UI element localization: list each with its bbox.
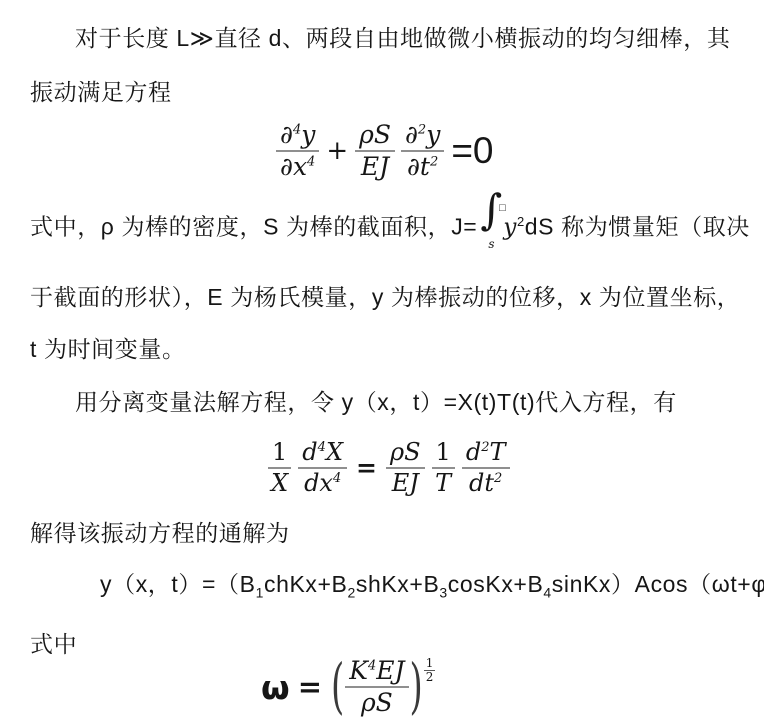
document-page: 对于长度 L≫直径 d、两段自由地做微小横振动的均匀细棒，其 振动满足方程 ∂4… — [0, 0, 764, 728]
B1-subscript: 1 — [256, 585, 264, 601]
fraction-K4EJ-rhoS: K4EJ ρS — [345, 657, 408, 717]
B2-subscript: 2 — [347, 585, 355, 601]
integral-sign: ∫□s — [477, 209, 503, 243]
left-parenthesis: ( — [331, 652, 344, 722]
fraction-d4y-dx4: ∂4y ∂x4 — [276, 121, 319, 181]
integrand-exponent: 2 — [517, 214, 525, 229]
solution-segment: shKx+B — [356, 571, 440, 597]
exponent-denominator: 2 — [426, 671, 434, 684]
fraction-denominator: ρS — [361, 688, 393, 717]
para3-line1: 用分离变量法解方程，令 y（x，t）=X(t)T(t)代入方程，有 — [75, 387, 677, 417]
integral-upper-bound: □ — [499, 193, 506, 223]
fraction-d2T-dt2: d2T dt2 — [462, 439, 510, 497]
para2-line1: 式中，ρ 为棒的密度，S 为棒的截面积，J=∫□sy2dS 称为惯量矩（取决 — [30, 207, 750, 243]
formula-omega: ω = ( K4EJ ρS ) 1 2 — [261, 657, 435, 717]
fraction-1-X: 1 X — [268, 439, 291, 497]
fraction-numerator: ∂4y — [276, 121, 319, 152]
B4-subscript: 4 — [543, 585, 551, 601]
integral-lower-bound: s — [488, 229, 495, 259]
para2-line1-pre: 式中，ρ 为棒的密度，S 为棒的截面积，J= — [30, 214, 477, 240]
fraction-rhoS-EJ: ρS EJ — [386, 439, 425, 497]
general-solution-line: y（x，t）=（B1chKx+B2shKx+B3cosKx+B4sinKx）Ac… — [100, 569, 764, 608]
omega-symbol: ω — [261, 668, 290, 707]
para1-line1: 对于长度 L≫直径 d、两段自由地做微小横振动的均匀细棒，其 — [75, 23, 730, 53]
fraction-d2y-dt2: ∂2y ∂t2 — [401, 121, 444, 181]
para2-line3: t 为时间变量。 — [30, 334, 186, 364]
B3-subscript: 3 — [439, 585, 447, 601]
para5-line1: 式中 — [30, 629, 77, 659]
fraction-numerator: K4EJ — [345, 657, 408, 688]
solution-segment: chKx+B — [264, 571, 348, 597]
solution-segment: cosKx+B — [448, 571, 544, 597]
equals-sign: = — [356, 453, 377, 482]
fraction-numerator: ∂2y — [401, 121, 444, 152]
fraction-numerator: ρS — [355, 121, 395, 152]
para2-line1-post: dS 称为惯量矩（取决 — [525, 214, 750, 240]
right-parenthesis: ) — [410, 652, 423, 722]
fraction-numerator: 1 — [268, 439, 291, 469]
fraction-numerator: 1 — [432, 439, 455, 469]
fraction-denominator: EJ — [392, 469, 419, 497]
para2-line2: 于截面的形状），E 为杨氏模量，y 为棒振动的位移，x 为位置坐标， — [30, 282, 740, 312]
formula-separated-variables: 1 X d4X dx4 = ρS EJ 1 T d2T dt2 — [268, 439, 510, 497]
fraction-denominator: ∂t2 — [407, 152, 438, 181]
fraction-denominator: dt2 — [469, 469, 502, 497]
para1-line2: 振动满足方程 — [30, 77, 172, 107]
equals-sign: = — [298, 670, 322, 704]
fraction-denominator: EJ — [361, 152, 389, 181]
exponent-numerator: 1 — [424, 657, 436, 671]
fraction-numerator: d2T — [462, 439, 510, 469]
exponent-one-half: 1 2 — [424, 657, 436, 683]
fraction-d4X-dx4: d4X dx4 — [298, 439, 347, 497]
para4-line1: 解得该振动方程的通解为 — [30, 518, 290, 548]
fraction-numerator: d4X — [298, 439, 347, 469]
fraction-denominator: T — [435, 469, 451, 497]
fraction-denominator: X — [271, 469, 288, 497]
fraction-numerator: ρS — [386, 439, 425, 469]
equals-zero: =0 — [451, 130, 493, 172]
fraction-denominator: ∂x4 — [280, 152, 315, 181]
solution-segment: sinKx）Acos（ωt+φ） — [552, 571, 764, 597]
fraction-1-T: 1 T — [432, 439, 455, 497]
plus-sign: + — [326, 136, 348, 166]
solution-segment: y（x，t）=（B — [100, 571, 256, 597]
fraction-rhoS-EJ: ρS EJ — [355, 121, 395, 181]
fraction-denominator: dx4 — [304, 469, 341, 497]
formula-wave-equation: ∂4y ∂x4 + ρS EJ ∂2y ∂t2 =0 — [276, 121, 494, 181]
